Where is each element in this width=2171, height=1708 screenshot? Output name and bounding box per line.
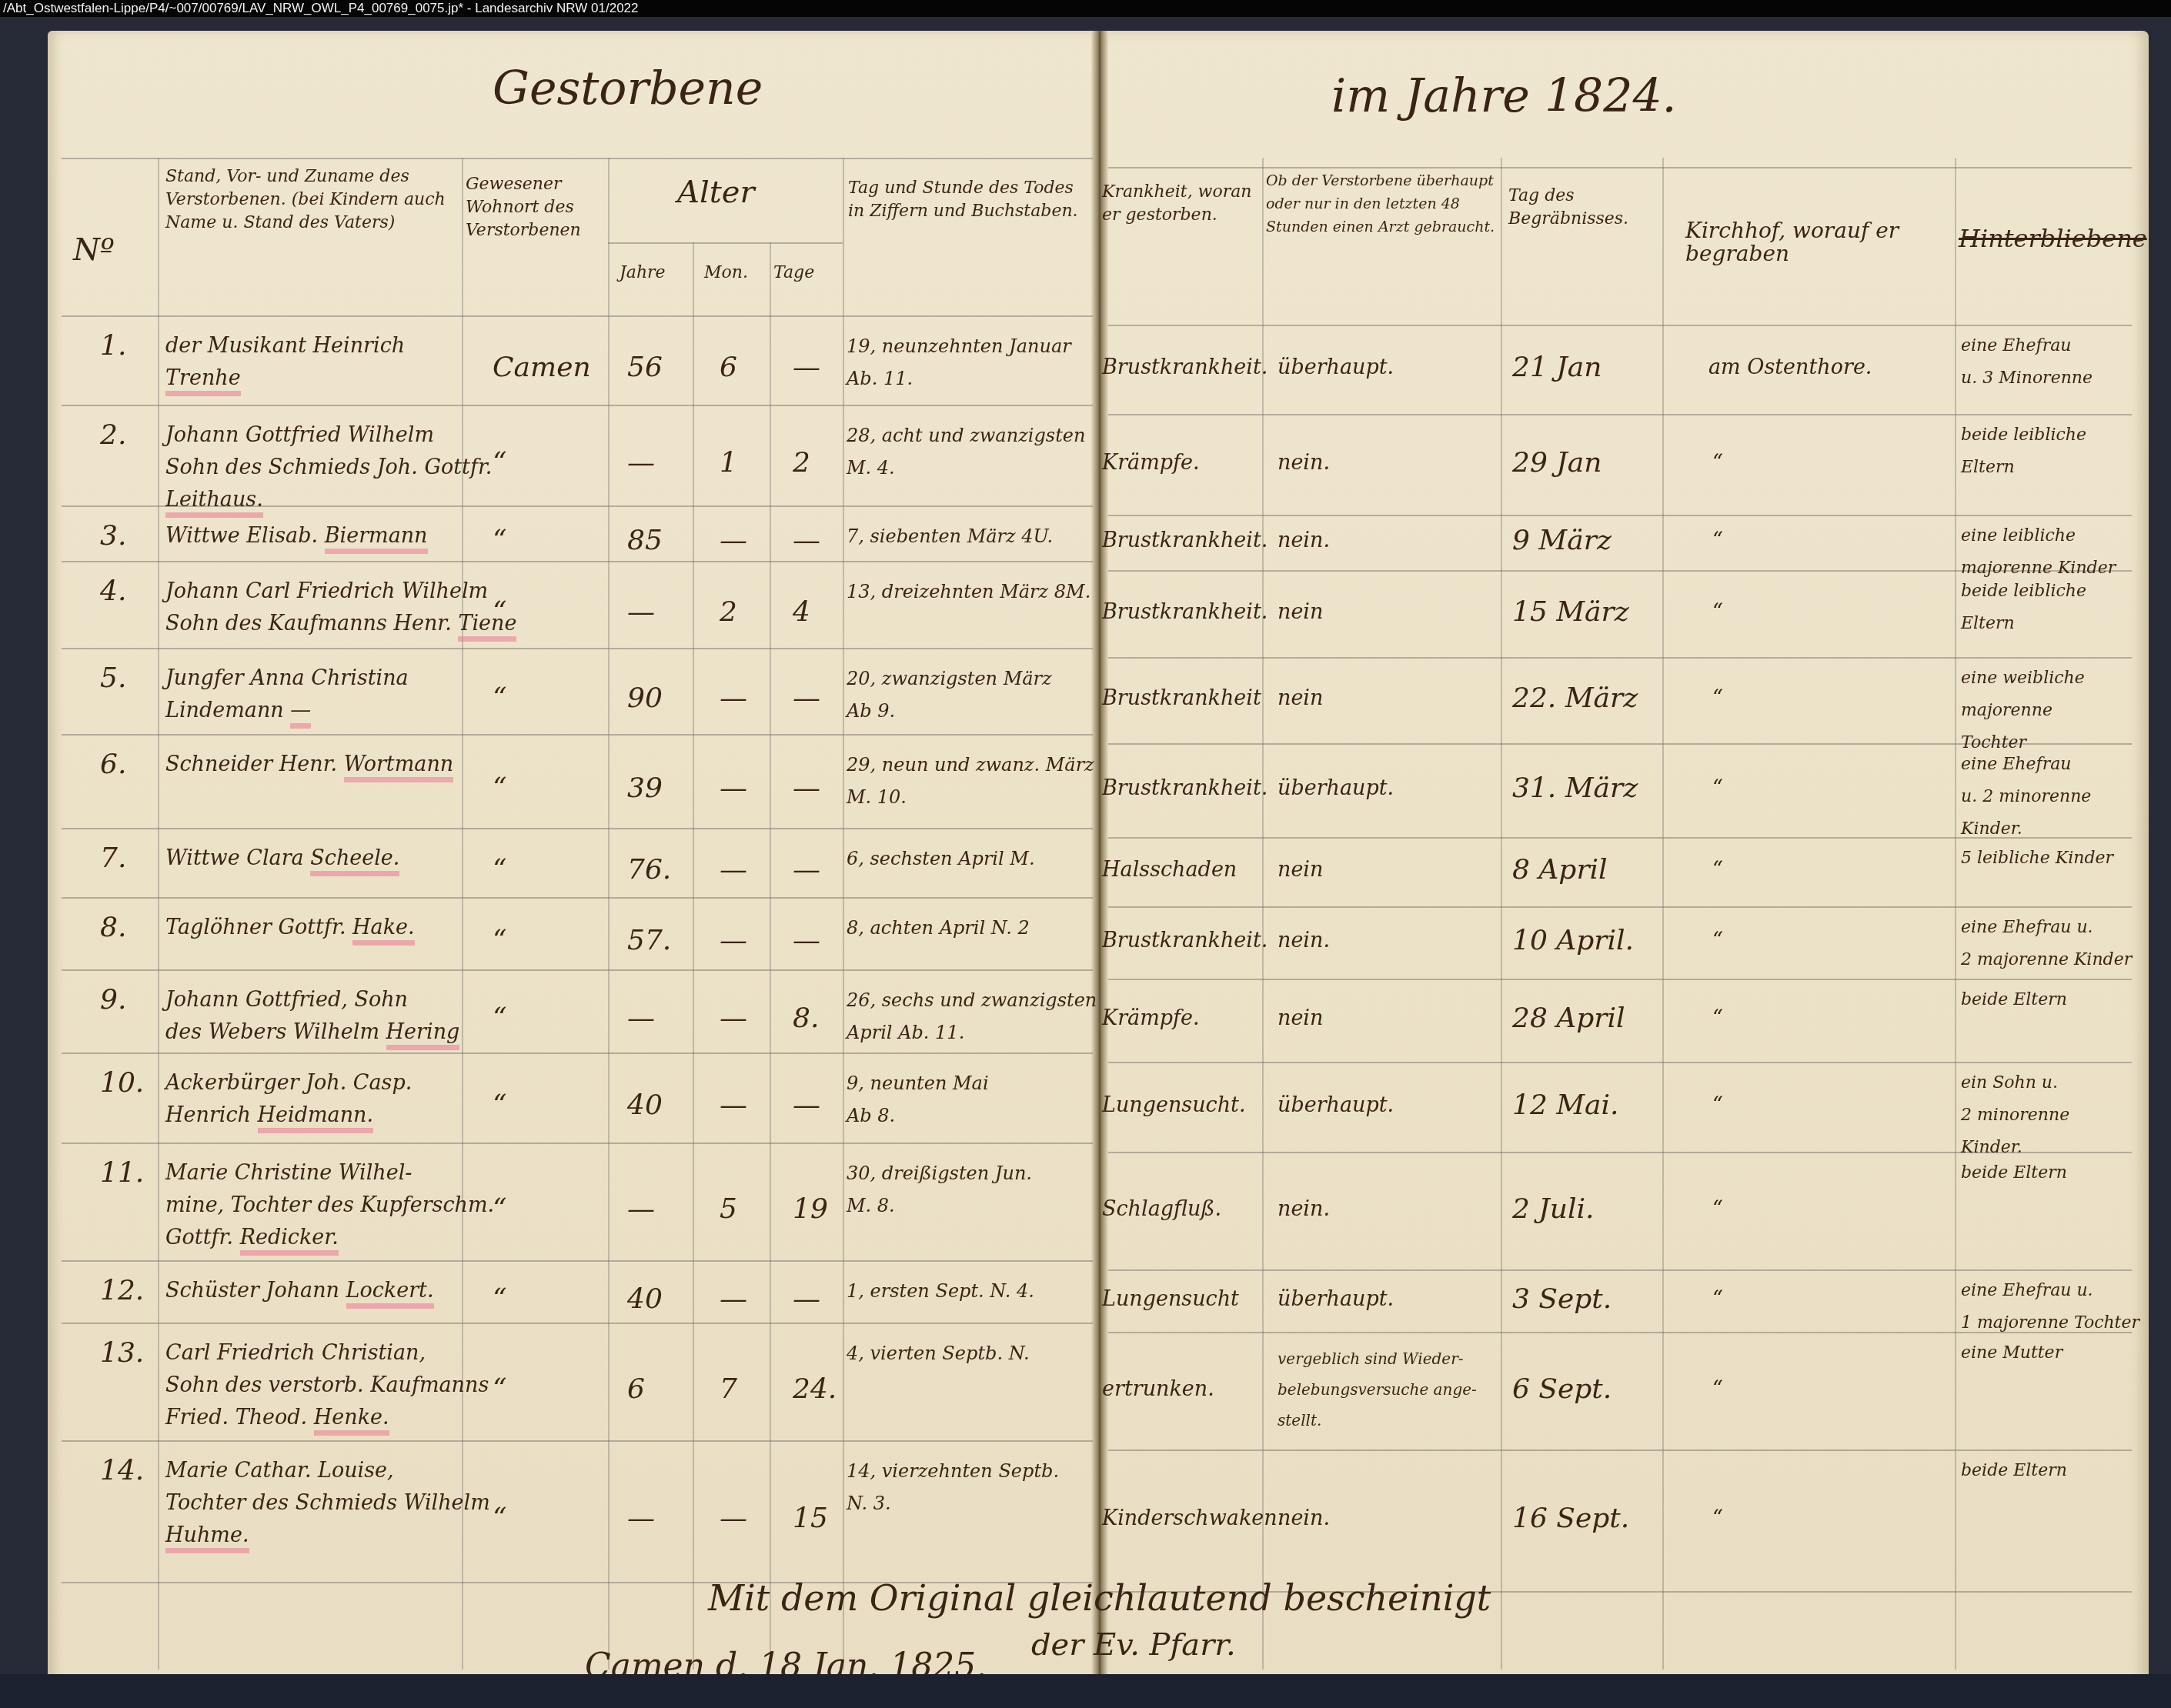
cell-nr: 7. <box>100 843 126 874</box>
cell-begraebnis: 16 Sept. <box>1512 1503 1629 1534</box>
cell-arzt: nein. <box>1278 1194 1330 1225</box>
rule-line-vertical <box>1662 158 1664 1670</box>
torn-bottom-edge <box>0 1674 2171 1708</box>
cell-name: Sohn des Kaufmanns Henr. Tiene <box>165 609 516 639</box>
surname-highlight: Henke. <box>314 1406 389 1436</box>
cell-name: Jungfer Anna Christina <box>165 663 409 694</box>
cell-wohnort: “ <box>493 448 506 479</box>
rule-line-horizontal <box>62 561 1093 562</box>
rule-line-horizontal <box>62 315 1093 317</box>
cell-hinterbliebene: ein Sohn u. <box>1961 1068 2058 1099</box>
cell-monate: 2 <box>720 597 737 628</box>
cell-begraebnis: 28 April <box>1512 1003 1625 1034</box>
cell-arzt: nein <box>1278 1003 1323 1034</box>
cell-name: Wittwe Clara Scheele. <box>165 843 399 874</box>
cell-hinterbliebene: beide Eltern <box>1961 1158 2067 1189</box>
cell-tage: 8. <box>793 1003 819 1034</box>
cell-name: Huhme. <box>165 1520 249 1551</box>
cell-hinterbliebene: eine Ehefrau <box>1961 749 2071 780</box>
cell-wohnort: “ <box>493 1090 506 1121</box>
page-title-right: im Jahre 1824. <box>1331 69 1677 123</box>
cell-tag-stunde: 9, neunten Mai <box>847 1068 989 1099</box>
cell-begraebnis: 10 April. <box>1512 926 1634 956</box>
surname-highlight: — <box>290 699 311 729</box>
cell-hinterbliebene: 2 majorenne Kinder <box>1961 945 2132 976</box>
cell-tage: — <box>793 1090 820 1121</box>
cell-tag-stunde: Ab 8. <box>847 1100 895 1131</box>
cell-monate: 6 <box>720 352 737 383</box>
cell-krankheit: Halsschaden <box>1102 855 1237 886</box>
cell-jahre: — <box>627 448 655 479</box>
cell-monate: — <box>720 1503 747 1534</box>
cell-name: Carl Friedrich Christian, <box>165 1338 426 1369</box>
cell-tage: — <box>793 926 820 956</box>
cell-hinterbliebene: u. 2 minorenne <box>1961 782 2091 812</box>
surname-highlight: Hering <box>386 1020 460 1050</box>
cell-begraebnis: 22. März <box>1512 683 1638 714</box>
header-nr: Nº <box>73 239 115 262</box>
header-hinterbliebene: Hinterbliebene <box>1959 227 2147 250</box>
cell-kirchhof: “ <box>1712 1284 1723 1315</box>
cell-tage: 2 <box>793 448 810 479</box>
cell-begraebnis: 8 April <box>1512 855 1608 886</box>
cell-tag-stunde: 6, sechsten April M. <box>847 843 1035 874</box>
cell-hinterbliebene: eine Ehefrau <box>1961 331 2071 362</box>
rule-line-vertical <box>1262 158 1264 1670</box>
cell-tag-stunde: Ab. 11. <box>847 363 913 394</box>
cell-kirchhof: “ <box>1712 1090 1723 1121</box>
cell-tag-stunde: M. 10. <box>847 782 907 812</box>
cell-hinterbliebene: beide leibliche <box>1961 576 2086 607</box>
cell-name: Taglöhner Gottfr. Hake. <box>165 912 415 943</box>
cell-krankheit: Brustkrankheit <box>1102 683 1261 714</box>
cell-arzt: nein. <box>1278 448 1330 479</box>
header-wohnort: Gewesener Wohnort des Verstorbenen <box>466 173 604 242</box>
cell-krankheit: Brustkrankheit. <box>1102 352 1268 383</box>
cell-monate: 5 <box>720 1194 737 1225</box>
cell-kirchhof: “ <box>1712 773 1723 804</box>
rule-line-vertical <box>1955 158 1956 1670</box>
cell-tage: — <box>793 773 820 804</box>
cell-arzt: belebungsversuche ange- <box>1278 1374 1477 1405</box>
cell-monate: — <box>720 855 747 886</box>
cell-krankheit: Lungensucht <box>1102 1284 1239 1315</box>
cell-hinterbliebene: Eltern <box>1961 452 2015 483</box>
rule-line-vertical <box>843 158 844 1670</box>
cell-arzt: nein <box>1278 597 1323 628</box>
cell-hinterbliebene: beide Eltern <box>1961 1456 2067 1486</box>
cell-monate: — <box>720 683 747 714</box>
cell-tag-stunde: 28, acht und zwanzigsten <box>847 420 1085 451</box>
header-jahre: Jahre <box>620 262 666 285</box>
cell-monate: — <box>720 926 747 956</box>
cell-tag-stunde: 13, dreizehnten März 8M. <box>847 576 1091 607</box>
surname-highlight: Redicker. <box>240 1226 339 1256</box>
cell-name: Johann Gottfried, Sohn <box>165 985 408 1016</box>
cell-arzt: nein. <box>1278 1503 1330 1534</box>
cell-jahre: 39 <box>627 773 663 804</box>
surname-highlight: Huhme. <box>165 1523 249 1553</box>
cell-hinterbliebene: Kinder. <box>1961 814 2022 845</box>
cell-monate: — <box>720 1090 747 1121</box>
cell-arzt: nein <box>1278 855 1323 886</box>
rule-line-vertical <box>693 242 694 1670</box>
cell-name: Schüster Johann Lockert. <box>165 1276 434 1306</box>
cell-hinterbliebene: u. 3 Minorenne <box>1961 363 2093 394</box>
cell-kirchhof: “ <box>1712 855 1723 886</box>
header-alter: Alter <box>677 181 755 204</box>
cell-kirchhof: “ <box>1712 926 1723 956</box>
cell-tag-stunde: 1, ersten Sept. N. 4. <box>847 1276 1034 1306</box>
cell-tage: — <box>793 683 820 714</box>
cell-begraebnis: 9 März <box>1512 525 1612 556</box>
cell-name: Henrich Heidmann. <box>165 1100 373 1131</box>
cell-wohnort: “ <box>493 855 506 886</box>
cell-name: Lindemann — <box>165 696 311 726</box>
cell-arzt: nein <box>1278 683 1323 714</box>
header-name: Stand, Vor- und Zuname des Verstorbenen.… <box>165 165 458 235</box>
cell-monate: 1 <box>720 448 737 479</box>
surname-highlight: Biermann <box>325 524 428 554</box>
cell-tag-stunde: 7, siebenten März 4U. <box>847 521 1053 552</box>
rule-line-horizontal <box>62 969 1093 971</box>
cell-nr: 1. <box>100 331 126 362</box>
header-tag-stunde: Tag und Stunde des Todes in Ziffern und … <box>848 177 1094 223</box>
cell-wohnort: “ <box>493 683 506 714</box>
cell-nr: 10. <box>100 1068 144 1099</box>
cell-kirchhof: “ <box>1712 448 1723 479</box>
cell-jahre: 40 <box>627 1284 663 1315</box>
rule-line-horizontal <box>62 897 1093 899</box>
cell-monate: — <box>720 525 747 556</box>
cell-hinterbliebene: Eltern <box>1961 609 2015 639</box>
cell-begraebnis: 15 März <box>1512 597 1629 628</box>
cell-monate: 7 <box>720 1374 737 1405</box>
rule-line-horizontal <box>62 1260 1093 1262</box>
cell-kirchhof: “ <box>1712 1374 1723 1405</box>
cell-nr: 14. <box>100 1456 144 1486</box>
cell-tag-stunde: N. 3. <box>847 1488 891 1519</box>
cell-krankheit: ertrunken. <box>1102 1374 1214 1405</box>
cell-hinterbliebene: 2 minorenne <box>1961 1100 2069 1131</box>
cell-krankheit: Schlagfluß. <box>1102 1194 1221 1225</box>
header-kirchhof: Kirchhof, worauf er begraben <box>1685 219 1947 265</box>
cell-jahre: 57. <box>627 926 671 956</box>
cell-hinterbliebene: eine Ehefrau u. <box>1961 1276 2093 1306</box>
cell-nr: 5. <box>100 663 126 694</box>
cell-name: Leithaus. <box>165 485 263 515</box>
cell-krankheit: Kinderschwaken. <box>1102 1503 1284 1534</box>
cell-wohnort: “ <box>493 773 506 804</box>
cell-tag-stunde: 4, vierten Septb. N. <box>847 1338 1030 1369</box>
cell-wohnort: “ <box>493 1284 506 1315</box>
rule-line-horizontal <box>62 1440 1093 1442</box>
cell-krankheit: Brustkrankheit. <box>1102 597 1268 628</box>
cell-arzt: überhaupt. <box>1278 1090 1394 1121</box>
cell-name: Tochter des Schmieds Wilhelm <box>165 1488 490 1519</box>
cell-jahre: 85 <box>627 525 663 556</box>
surname-highlight: Hake. <box>352 916 415 946</box>
cell-wohnort: “ <box>493 1194 506 1225</box>
header-begraebnis: Tag des Begräbnisses. <box>1508 185 1655 231</box>
cell-jahre: — <box>627 1003 655 1034</box>
cell-name: Gottfr. Redicker. <box>165 1223 339 1253</box>
cell-wohnort: “ <box>493 1503 506 1534</box>
cell-monate: — <box>720 773 747 804</box>
rule-line-vertical <box>608 158 610 1670</box>
cell-jahre: 90 <box>627 683 663 714</box>
cell-wohnort: Camen <box>493 352 591 383</box>
cell-hinterbliebene: 1 majorenne Tochter <box>1961 1308 2139 1339</box>
cell-begraebnis: 29 Jan <box>1512 448 1602 479</box>
rule-line-horizontal <box>62 734 1093 736</box>
cell-begraebnis: 21 Jan <box>1512 352 1602 383</box>
cell-jahre: — <box>627 1194 655 1225</box>
cell-begraebnis: 12 Mai. <box>1512 1090 1619 1121</box>
certification-line-1: Mit dem Original gleichlautend bescheini… <box>708 1577 1491 1619</box>
cell-tag-stunde: 14, vierzehnten Septb. <box>847 1456 1059 1486</box>
rule-line-horizontal <box>62 405 1093 406</box>
cell-tag-stunde: 20, zwanzigsten März <box>847 663 1052 694</box>
cell-krankheit: Krämpfe. <box>1102 1003 1200 1034</box>
cell-jahre: 40 <box>627 1090 663 1121</box>
cell-nr: 13. <box>100 1338 144 1369</box>
cell-wohnort: “ <box>493 597 506 628</box>
surname-highlight: Lockert. <box>346 1279 434 1309</box>
cell-nr: 12. <box>100 1276 144 1306</box>
cell-nr: 2. <box>100 420 126 451</box>
cell-kirchhof: “ <box>1712 525 1723 556</box>
cell-nr: 4. <box>100 576 126 607</box>
cell-hinterbliebene: eine Ehefrau u. <box>1961 912 2093 943</box>
cell-kirchhof: “ <box>1712 1503 1723 1534</box>
cell-tage: 15 <box>793 1503 828 1534</box>
cell-hinterbliebene: 5 leibliche Kinder <box>1961 843 2113 874</box>
cell-kirchhof: “ <box>1712 683 1723 714</box>
cell-krankheit: Krämpfe. <box>1102 448 1200 479</box>
rule-line-horizontal <box>62 1052 1093 1054</box>
cell-name: der Musikant Heinrich <box>165 331 405 362</box>
cell-hinterbliebene: eine Mutter <box>1961 1338 2062 1369</box>
rule-line-vertical <box>1501 158 1502 1670</box>
cell-nr: 8. <box>100 912 126 943</box>
cell-monate: — <box>720 1003 747 1034</box>
cell-nr: 6. <box>100 749 126 780</box>
cell-name: Marie Christine Wilhel- <box>165 1158 412 1189</box>
cell-kirchhof: “ <box>1712 1194 1723 1225</box>
header-krankheit: Krankheit, woran er gestorben. <box>1102 181 1256 227</box>
window-title-bar: /Abt_Ostwestfalen-Lippe/P4/~007/00769/LA… <box>0 0 2171 17</box>
cell-wohnort: “ <box>493 1374 506 1405</box>
cell-tag-stunde: 8, achten April N. 2 <box>847 912 1030 943</box>
rule-line-age-subheader <box>608 242 843 244</box>
cell-hinterbliebene: eine weibliche <box>1961 663 2085 694</box>
cell-kirchhof: “ <box>1712 597 1723 628</box>
rule-line-vertical <box>462 158 463 1670</box>
cell-tage: — <box>793 855 820 886</box>
cell-krankheit: Brustkrankheit. <box>1102 926 1268 956</box>
cell-name: Sohn des verstorb. Kaufmanns <box>165 1370 489 1401</box>
cell-name: Trenhe <box>165 363 241 394</box>
cell-tage: 19 <box>793 1194 828 1225</box>
cell-jahre: — <box>627 597 655 628</box>
cell-tag-stunde: M. 4. <box>847 452 895 483</box>
rule-line-horizontal <box>62 828 1093 829</box>
cell-hinterbliebene: eine leibliche <box>1961 521 2076 552</box>
rule-line-horizontal <box>62 1323 1093 1324</box>
rule-line-vertical <box>158 158 159 1670</box>
cell-hinterbliebene: beide leibliche <box>1961 420 2086 451</box>
cell-wohnort: “ <box>493 525 506 556</box>
surname-highlight: Heidmann. <box>258 1103 374 1133</box>
surname-highlight: Leithaus. <box>165 488 263 518</box>
cell-kirchhof: am Ostenthore. <box>1708 352 1872 383</box>
cell-begraebnis: 3 Sept. <box>1512 1284 1612 1315</box>
cell-tag-stunde: M. 8. <box>847 1190 895 1221</box>
cell-arzt: nein. <box>1278 926 1330 956</box>
cell-arzt: stellt. <box>1278 1405 1321 1436</box>
rule-line-horizontal <box>62 158 1093 159</box>
cell-nr: 9. <box>100 985 126 1016</box>
cell-wohnort: “ <box>493 1003 506 1034</box>
cell-krankheit: Brustkrankheit. <box>1102 525 1268 556</box>
cell-tage: — <box>793 525 820 556</box>
window-title: /Abt_Ostwestfalen-Lippe/P4/~007/00769/LA… <box>3 1 639 15</box>
surname-highlight: Scheele. <box>310 846 399 876</box>
cell-begraebnis: 31. März <box>1512 773 1638 804</box>
cell-jahre: — <box>627 1503 655 1534</box>
cell-krankheit: Brustkrankheit. <box>1102 773 1268 804</box>
cell-name: Fried. Theod. Henke. <box>165 1403 389 1433</box>
rule-line-vertical <box>770 242 771 1670</box>
rule-line-horizontal <box>62 648 1093 649</box>
cell-tage: — <box>793 1284 820 1315</box>
cell-tage: 4 <box>793 597 810 628</box>
cell-name: Wittwe Elisab. Biermann <box>165 521 428 552</box>
cell-jahre: 6 <box>627 1374 645 1405</box>
cell-arzt: vergeblich sind Wieder- <box>1278 1343 1463 1374</box>
cell-tag-stunde: 29, neun und zwanz. März <box>847 749 1094 780</box>
surname-highlight: Wortmann <box>344 752 453 782</box>
rule-line-horizontal <box>62 1143 1093 1144</box>
cell-tag-stunde: 19, neunzehnten Januar <box>847 331 1071 362</box>
cell-monate: — <box>720 1284 747 1315</box>
cell-tag-stunde: April Ab. 11. <box>847 1017 964 1048</box>
cell-name: des Webers Wilhelm Hering <box>165 1017 459 1048</box>
page-title-left: Gestorbene <box>493 62 763 115</box>
cell-jahre: 56 <box>627 352 663 383</box>
cell-arzt: überhaupt. <box>1278 773 1394 804</box>
cell-kirchhof: “ <box>1712 1003 1723 1034</box>
cell-nr: 11. <box>100 1158 144 1189</box>
cell-wohnort: “ <box>493 926 506 956</box>
surname-highlight: Tiene <box>458 612 516 642</box>
cell-name: Johann Gottfried Wilhelm <box>165 420 434 451</box>
cell-hinterbliebene: majorenne <box>1961 696 2052 726</box>
cell-tage: — <box>793 352 820 383</box>
cell-name: Johann Carl Friedrich Wilhelm <box>165 576 488 607</box>
header-arzt: Ob der Verstorbene überhaupt oder nur in… <box>1266 169 1497 239</box>
cell-arzt: überhaupt. <box>1278 1284 1394 1315</box>
cell-begraebnis: 2 Juli. <box>1512 1194 1594 1225</box>
cell-begraebnis: 6 Sept. <box>1512 1374 1612 1405</box>
cell-krankheit: Lungensucht. <box>1102 1090 1246 1121</box>
header-tage: Tage <box>773 262 814 285</box>
cell-jahre: 76. <box>627 855 671 886</box>
cell-tag-stunde: 26, sechs und zwanzigsten <box>847 985 1097 1016</box>
cell-name: Schneider Henr. Wortmann <box>165 749 453 780</box>
cell-name: Ackerbürger Joh. Casp. <box>165 1068 412 1099</box>
cell-hinterbliebene: beide Eltern <box>1961 985 2067 1016</box>
cell-name: Sohn des Schmieds Joh. Gottfr. <box>165 452 492 483</box>
cell-name: mine, Tochter des Kupferschm. <box>165 1190 494 1221</box>
surname-highlight: Trenhe <box>165 366 241 396</box>
cell-tag-stunde: 30, dreißigsten Jun. <box>847 1158 1032 1189</box>
cell-nr: 3. <box>100 521 126 552</box>
certification-line-2: der Ev. Pfarr. <box>1031 1627 1236 1663</box>
cell-arzt: überhaupt. <box>1278 352 1394 383</box>
cell-tage: 24. <box>793 1374 837 1405</box>
header-monate: Mon. <box>704 262 748 285</box>
cell-arzt: nein. <box>1278 525 1330 556</box>
cell-name: Marie Cathar. Louise, <box>165 1456 394 1486</box>
cell-tag-stunde: Ab 9. <box>847 696 895 726</box>
